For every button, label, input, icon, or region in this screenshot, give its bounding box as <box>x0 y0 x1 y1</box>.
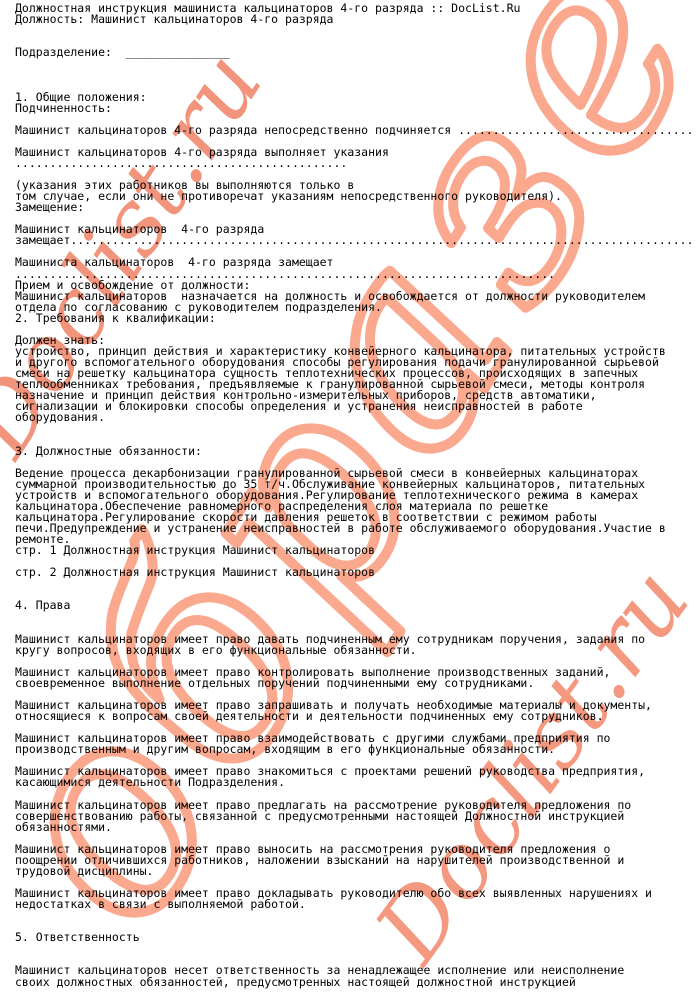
document-page: Doclist.ru Doclist.ru образец Должностна… <box>0 0 700 1000</box>
document-text: Должностная инструкция машиниста кальцин… <box>15 3 694 988</box>
